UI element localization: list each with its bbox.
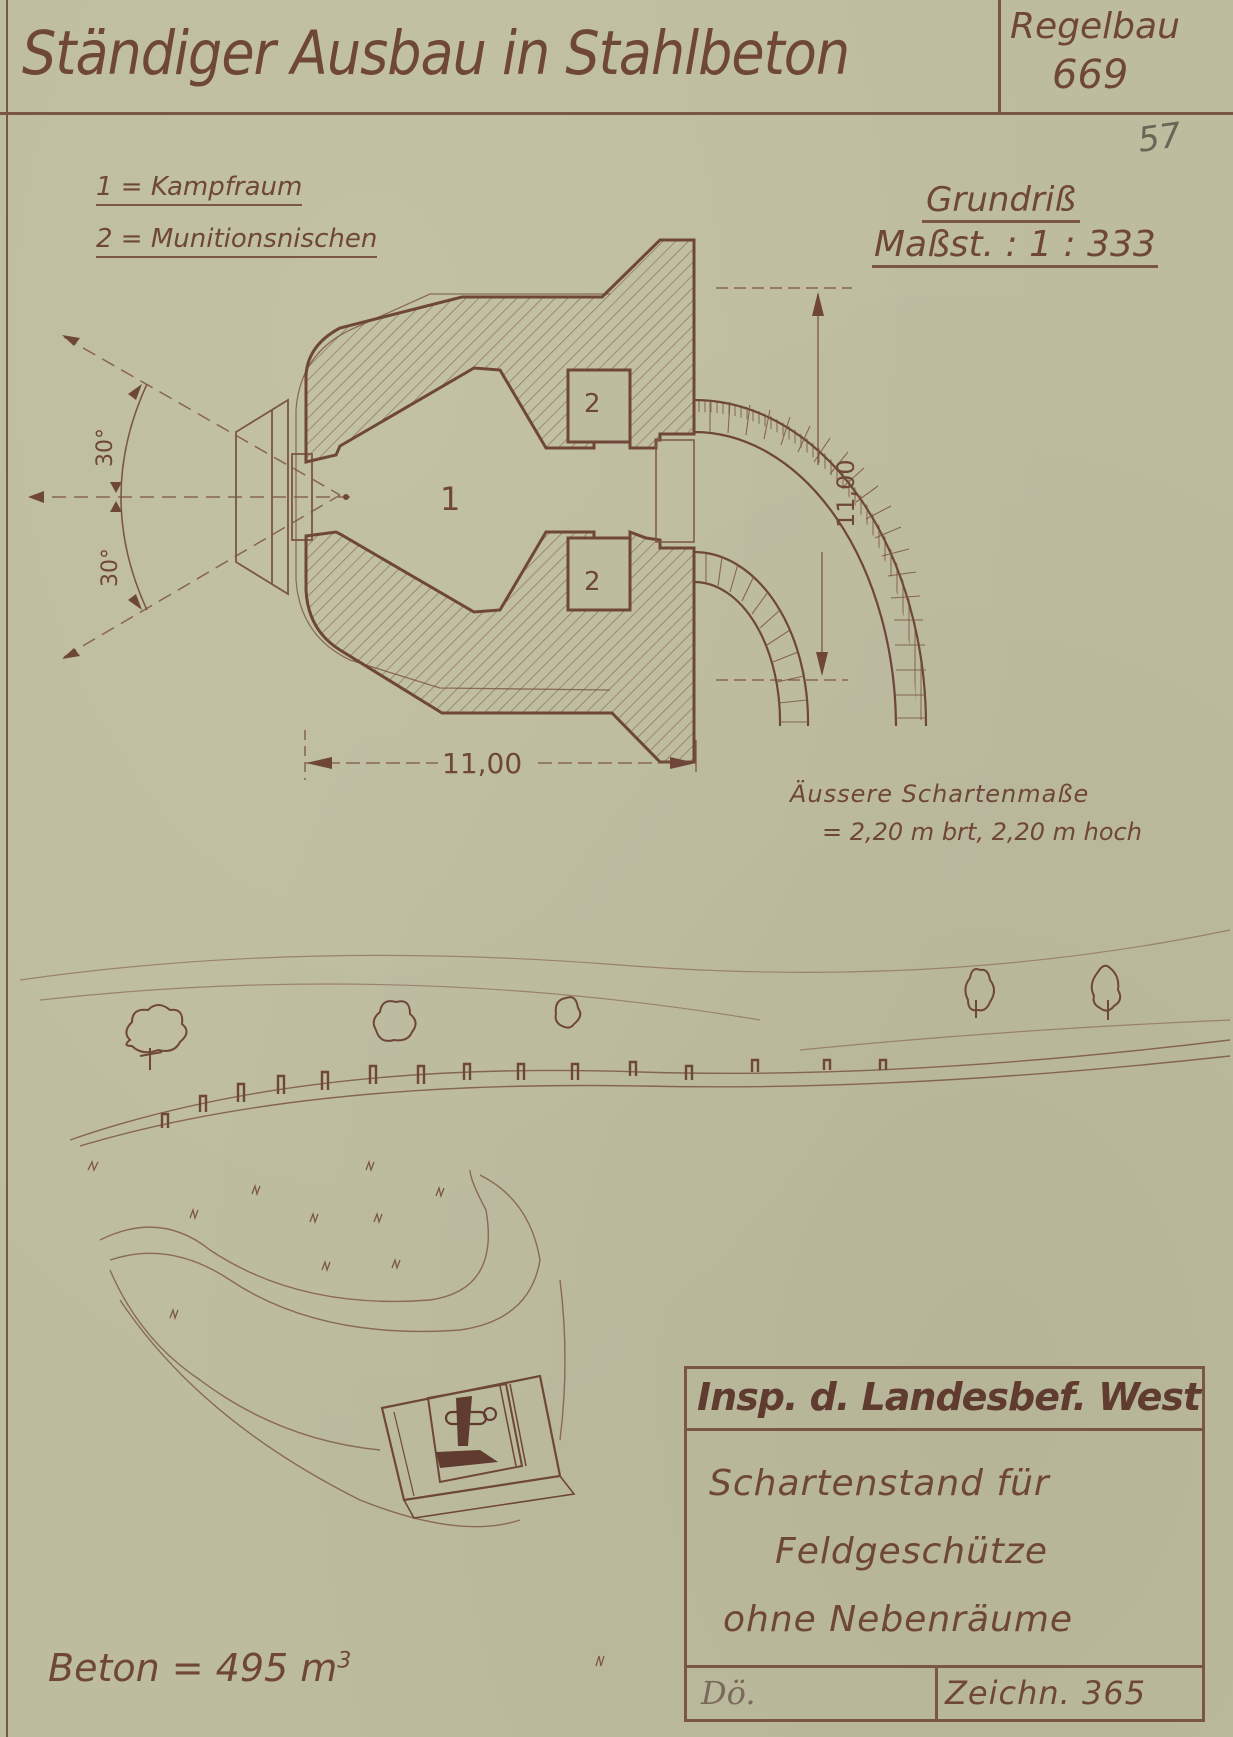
casemate-walls [306, 240, 694, 762]
concrete-volume: Beton = 495 m3 [48, 1646, 351, 1690]
grass-tufts [88, 1162, 604, 1666]
landscape-horizon-lines [20, 930, 1230, 1050]
trench-inner-edge-a [694, 552, 808, 726]
fence-posts [162, 1060, 886, 1128]
earth-mound [100, 1170, 565, 1527]
embrasure-dimensions-value: = 2,20 m brt, 2,20 m hoch [822, 818, 1142, 846]
title-block-footer: Dö. Zeichn. 365 [687, 1665, 1202, 1719]
description-line-1: Schartenstand für [709, 1463, 1050, 1504]
room-label-kampfraum: 1 [440, 480, 460, 518]
trench-outer-edge-b [694, 432, 896, 726]
pivot-point [343, 494, 349, 500]
concrete-volume-label: Beton = 495 m [48, 1646, 337, 1690]
description-line-2: Feldgeschütze [775, 1531, 1048, 1572]
width-dimension-label: 11,00 [442, 747, 522, 780]
title-block-header: Insp. d. Landesbef. West [687, 1369, 1202, 1431]
depth-dimension-label: 11,00 [832, 459, 860, 528]
trench-inner-edge-b [694, 582, 780, 726]
title-block: Insp. d. Landesbef. West Schartenstand f… [684, 1366, 1205, 1722]
rear-entrance [656, 440, 694, 542]
footer-divider [935, 1668, 938, 1719]
depth-arrow-bottom [816, 652, 828, 676]
embrasure-dimensions-title: Äussere Schartenmaße [790, 780, 1089, 808]
description-line-3: ohne Nebenräume [723, 1599, 1073, 1640]
depth-arrow-top [812, 292, 824, 316]
casemate-sketch [382, 1376, 574, 1518]
angle-upper-label: 30° [93, 428, 118, 467]
drawer-initials: Dö. [701, 1674, 756, 1712]
issuing-authority: Insp. d. Landesbef. West [697, 1375, 1200, 1419]
niche-label-upper: 2 [584, 389, 601, 419]
concrete-volume-exponent: 3 [337, 1648, 351, 1673]
niche-label-lower: 2 [584, 567, 601, 597]
drawing-number: Zeichn. 365 [945, 1674, 1146, 1712]
width-arrow-left [306, 757, 332, 769]
blueprint-sheet: Ständiger Ausbau in Stahlbeton Regelbau … [0, 0, 1233, 1737]
tree-icons [126, 966, 1120, 1070]
title-block-description: Schartenstand für Feldgeschütze ohne Neb… [687, 1431, 1202, 1665]
angle-lower-label: 30° [98, 548, 123, 587]
